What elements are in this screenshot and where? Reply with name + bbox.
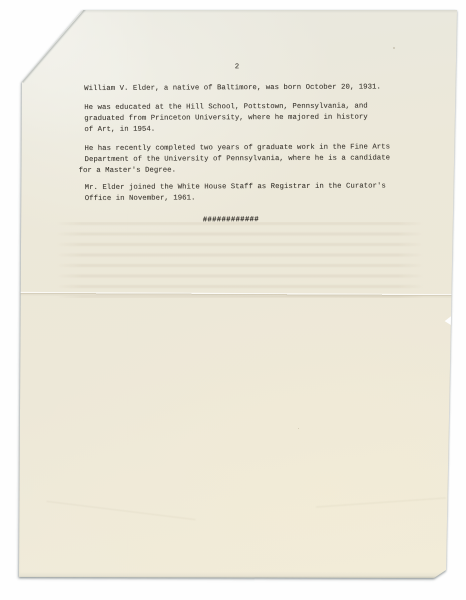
paragraph-graduate-work: He has recently completed two years of g… <box>84 142 414 177</box>
right-edge-tear <box>443 314 454 327</box>
paragraph-birth: William V. Elder, a native of Baltimore,… <box>84 82 414 95</box>
page-number: 2 <box>72 61 402 74</box>
paper-surface: 2 William V. Elder, a native of Baltimor… <box>16 10 462 578</box>
text-line: Department of the University of Pennsylv… <box>84 153 414 166</box>
typed-text-block: 2 William V. Elder, a native of Baltimor… <box>84 61 415 227</box>
paper-wrinkle <box>46 501 195 520</box>
paper-speck <box>393 47 395 49</box>
bleed-through-ghost-text <box>56 222 424 298</box>
paper-wrinkle <box>316 497 446 507</box>
text-line: Office in November, 1961. <box>85 192 415 205</box>
text-line: graduated from Princeton University, whe… <box>84 112 414 125</box>
text-line: of Art, in 1954. <box>84 123 414 136</box>
text-line: for a Master's Degree. <box>79 164 415 177</box>
scanner-background: 2 William V. Elder, a native of Baltimor… <box>0 0 466 600</box>
paper-speck <box>112 118 113 119</box>
paper-sheet: 2 William V. Elder, a native of Baltimor… <box>16 10 462 578</box>
text-line: William V. Elder, a native of Baltimore,… <box>84 82 414 95</box>
paragraph-white-house: Mr. Elder joined the White House Staff a… <box>85 181 415 205</box>
paper-speck <box>298 428 299 429</box>
text-line: Mr. Elder joined the White House Staff a… <box>85 181 415 194</box>
paragraph-education: He was educated at the Hill School, Pott… <box>84 101 414 136</box>
